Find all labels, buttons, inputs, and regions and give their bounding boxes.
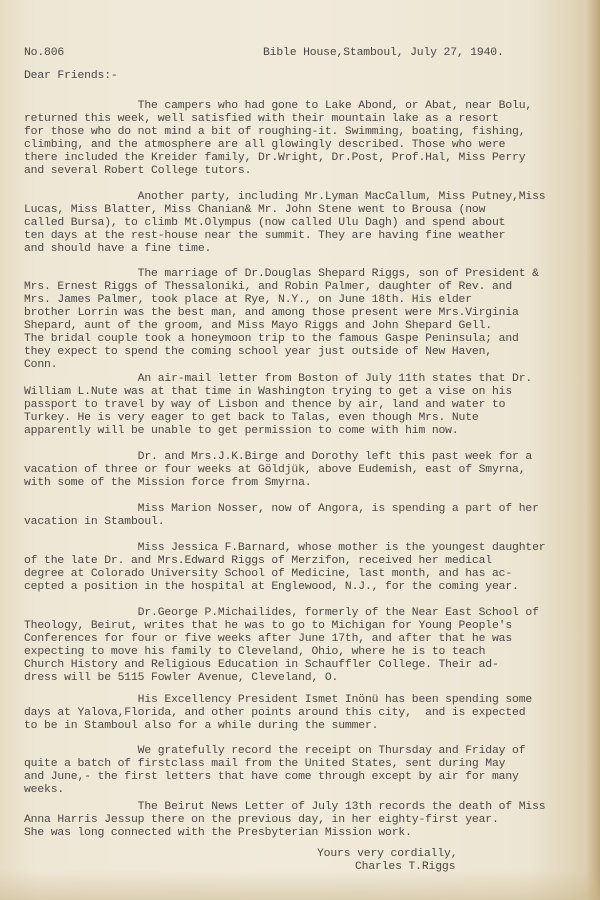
paragraph-line: and should have a fine time. [24, 243, 211, 256]
paragraph-line: brother Lorrin was the best man, and amo… [24, 307, 519, 320]
paragraph-line: climbing, and the atmosphere are all glo… [24, 139, 505, 152]
closing: Yours very cordially, [317, 848, 457, 861]
paragraph-line: Miss Marion Nosser, now of Angora, is sp… [24, 503, 539, 516]
paragraph-line: to be in Stamboul also for a while durin… [24, 720, 378, 733]
paragraph-line: Conn. [24, 359, 57, 372]
paragraph-line: ten days at the rest-house near the summ… [24, 230, 505, 243]
paragraph-line: for those who do not mind a bit of rough… [24, 126, 525, 139]
letter-number: No.806 [24, 47, 64, 60]
paragraph-line: Mrs. James Palmer, took place at Rye, N.… [24, 294, 472, 307]
paragraph-line: called Bursa), to climb Mt.Olympus (now … [24, 217, 505, 230]
paragraph-line: William L.Nute was at that time in Washi… [24, 386, 512, 399]
paragraph-line: dress will be 5115 Fowler Avenue, Clevel… [24, 672, 338, 685]
paragraph-line: days at Yalova,Florida, and other points… [24, 707, 525, 720]
paragraph-line: The bridal couple took a honeymoon trip … [24, 333, 519, 346]
paragraph-line: with some of the Mission force from Smyr… [24, 477, 311, 490]
paragraph-line: His Excellency President Ismet Inönü has… [24, 694, 532, 707]
paragraph-line: Church History and Religious Education i… [24, 659, 499, 672]
paragraph-line: The Beirut News Letter of July 13th reco… [24, 801, 545, 814]
paragraph-line: The marriage of Dr.Douglas Shepard Riggs… [24, 268, 539, 281]
paragraph-line: and several Robert College tutors. [24, 165, 251, 178]
paragraph-line: expecting to move his family to Clevelan… [24, 646, 485, 659]
paragraph-line: Lucas, Miss Blatter, Miss Chanian& Mr. J… [24, 204, 485, 217]
paragraph-line: Theology, Beirut, writes that he was to … [24, 620, 512, 633]
signature: Charles T.Riggs [355, 861, 455, 874]
paragraph-line: Miss Jessica F.Barnard, whose mother is … [24, 542, 545, 555]
paragraph-line: Another party, including Mr.Lyman MacCal… [24, 191, 545, 204]
paragraph-line: She was long connected with the Presbyte… [24, 827, 412, 840]
paragraph-line: passport to travel by way of Lisbon and … [24, 399, 505, 412]
paragraph-line: The campers who had gone to Lake Abond, … [24, 100, 532, 113]
paragraph-line: returned this week, well satisfied with … [24, 113, 499, 126]
salutation: Dear Friends:- [24, 70, 118, 83]
paragraph-line: degree at Colorado University School of … [24, 568, 512, 581]
place-and-date: Bible House,Stamboul, July 27, 1940. [263, 47, 504, 60]
paragraph-line: Shepard, aunt of the groom, and Miss May… [24, 320, 492, 333]
paragraph-line: We gratefully record the receipt on Thur… [24, 745, 525, 758]
paragraph-line: and June,- the first letters that have c… [24, 771, 519, 784]
paragraph-line: Dr.George P.Michailides, formerly of the… [24, 607, 539, 620]
paragraph-line: vacation of three or four weeks at Göldj… [24, 464, 525, 477]
paragraph-line: apparently will be unable to get permiss… [24, 425, 459, 438]
page-edge-shadow [586, 0, 600, 900]
paragraph-line: Conferences for four or five weeks after… [24, 633, 512, 646]
paragraph-line: Turkey. He is very eager to get back to … [24, 412, 479, 425]
page-bottom-shadow [0, 870, 600, 900]
paragraph-line: An air-mail letter from Boston of July 1… [24, 373, 532, 386]
paragraph-line: of the late Dr. and Mrs.Edward Riggs of … [24, 555, 492, 568]
paragraph-line: Dr. and Mrs.J.K.Birge and Dorothy left t… [24, 451, 532, 464]
paragraph-line: vacation in Stamboul. [24, 516, 164, 529]
paragraph-line: they expect to spend the coming school y… [24, 346, 492, 359]
paragraph-line: Anna Harris Jessup there on the previous… [24, 814, 499, 827]
paragraph-line: quite a batch of firstclass mail from th… [24, 758, 505, 771]
paragraph-line: there included the Kreider family, Dr.Wr… [24, 152, 525, 165]
paragraph-line: Mrs. Ernest Riggs of Thessaloniki, and R… [24, 281, 512, 294]
typewritten-letter-page: No.806 Bible House,Stamboul, July 27, 19… [0, 0, 600, 900]
paragraph-line: weeks. [24, 784, 64, 797]
paragraph-line: cepted a position in the hospital at Eng… [24, 581, 519, 594]
